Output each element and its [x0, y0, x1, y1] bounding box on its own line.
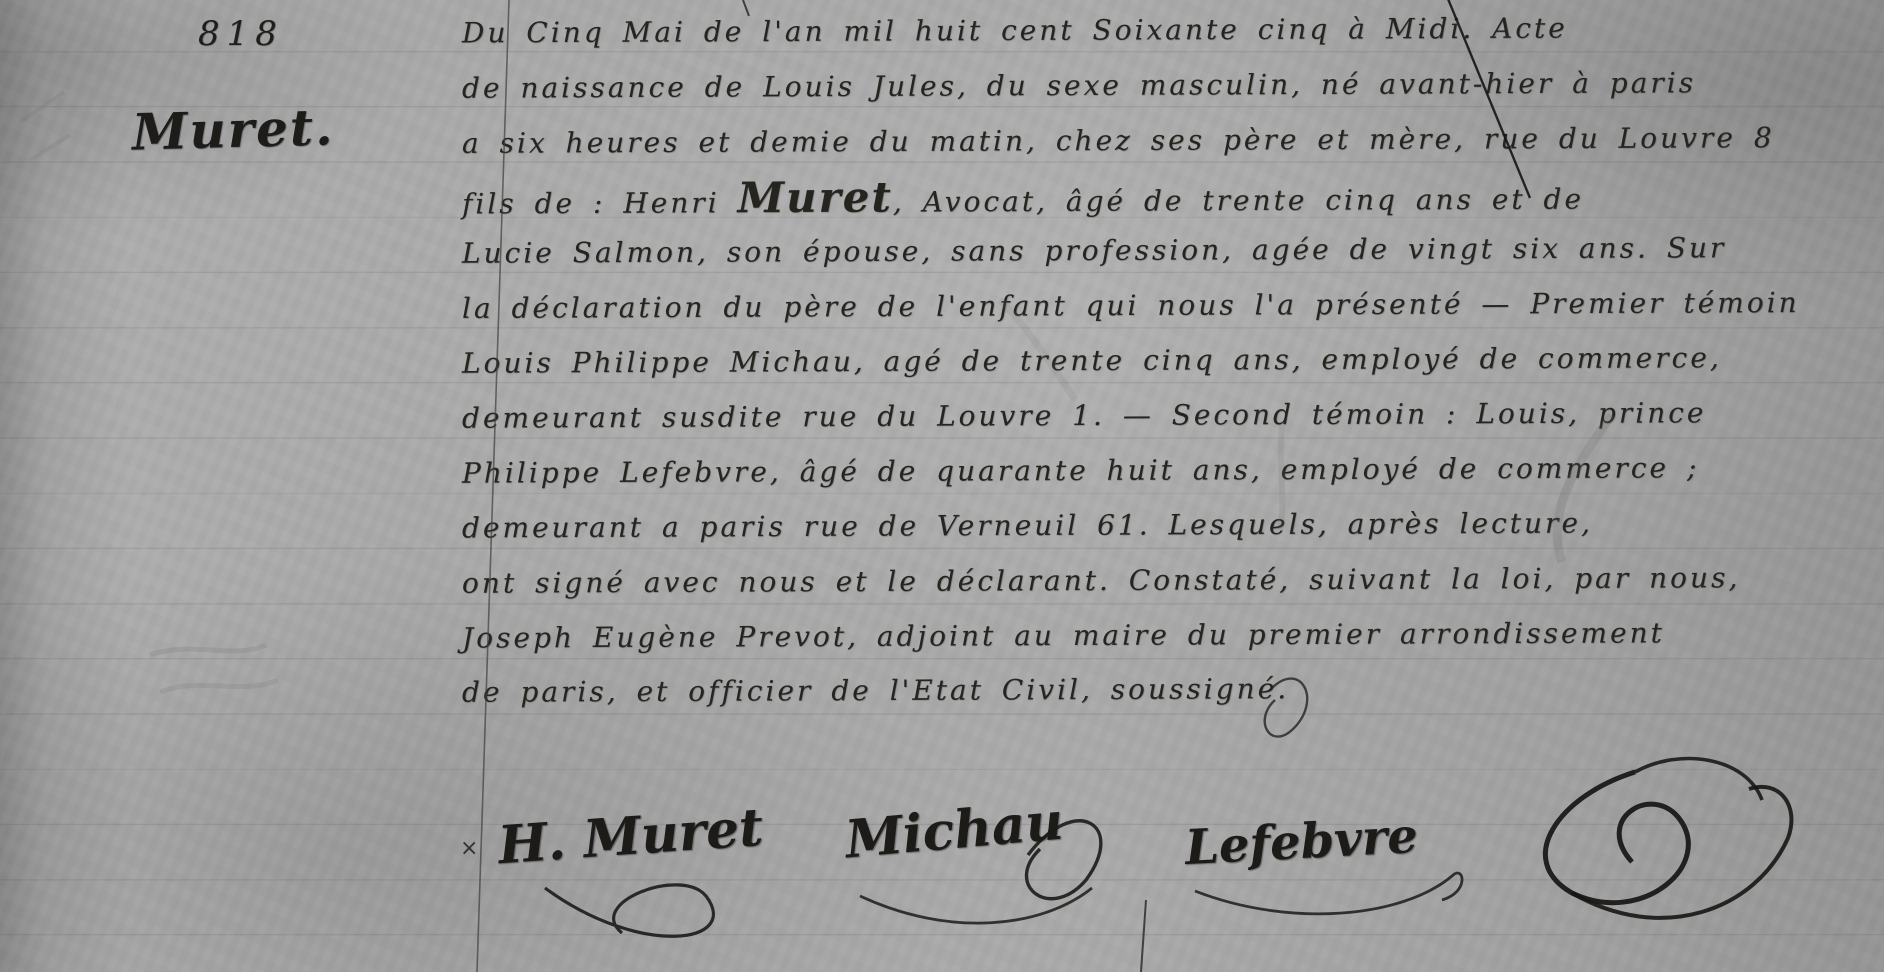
bleedthrough-mark-corner	[20, 92, 70, 160]
act-line-5: Lucie Salmon, son épouse, sans professio…	[462, 231, 1727, 270]
act-line-9: Philippe Lefebvre, âgé de quarante huit …	[462, 451, 1700, 489]
smudge-mark-right	[1557, 415, 1612, 562]
act-line-13: de paris, et officier de l'Etat Civil, s…	[462, 672, 1289, 709]
scanned-birth-record-page: 818 Muret. Du Cinq Mai de l'an mil huit …	[0, 0, 1884, 972]
signature-lefebvre: Lefebvre	[1184, 808, 1419, 876]
act-line-1: Du Cinq Mai de l'an mil huit cent Soixan…	[462, 12, 1568, 50]
top-stroke-fragment	[743, 0, 749, 16]
muret-signature-flourish	[545, 885, 713, 936]
signature-michau: Michau	[843, 791, 1066, 871]
witness-x-mark: ×	[460, 836, 478, 861]
bleedthrough-mark-2	[160, 680, 278, 692]
act-line-3: a six heures et demie du matin, chez ses…	[462, 121, 1775, 160]
act-line-11: ont signé avec nous et le déclarant. Con…	[462, 561, 1740, 600]
act-line-6: la déclaration du père de l'enfant qui n…	[462, 286, 1800, 325]
bleedthrough-mark-1	[150, 645, 266, 655]
lefebvre-underline-flourish	[1195, 873, 1462, 914]
act-line-12: Joseph Eugène Prevot, adjoint au maire d…	[462, 616, 1665, 654]
act-line-2: de naissance de Louis Jules, du sexe mas…	[462, 66, 1696, 104]
father-surname-emphasis: Muret	[737, 173, 892, 223]
act-line-10: demeurant a paris rue de Verneuil 61. Le…	[462, 507, 1593, 545]
act-line-7: Louis Philippe Michau, agé de trente cin…	[462, 341, 1722, 379]
margin-surname: Muret.	[131, 97, 335, 161]
official-signature-flourish	[1545, 759, 1791, 918]
act-line-4-pre: fils de : Henri	[462, 186, 738, 220]
signature-muret: H. Muret	[496, 797, 765, 876]
act-line-8: demeurant susdite rue du Louvre 1. — Sec…	[462, 396, 1707, 434]
record-number: 818	[198, 14, 284, 54]
act-line-4: fils de : Henri Muret, Avocat, âgé de tr…	[462, 170, 1584, 224]
bottom-rule-fragment	[1141, 900, 1146, 972]
act-line-4-post: , Avocat, âgé de trente cinq ans et de	[893, 183, 1584, 219]
michau-underline-flourish	[860, 888, 1092, 923]
